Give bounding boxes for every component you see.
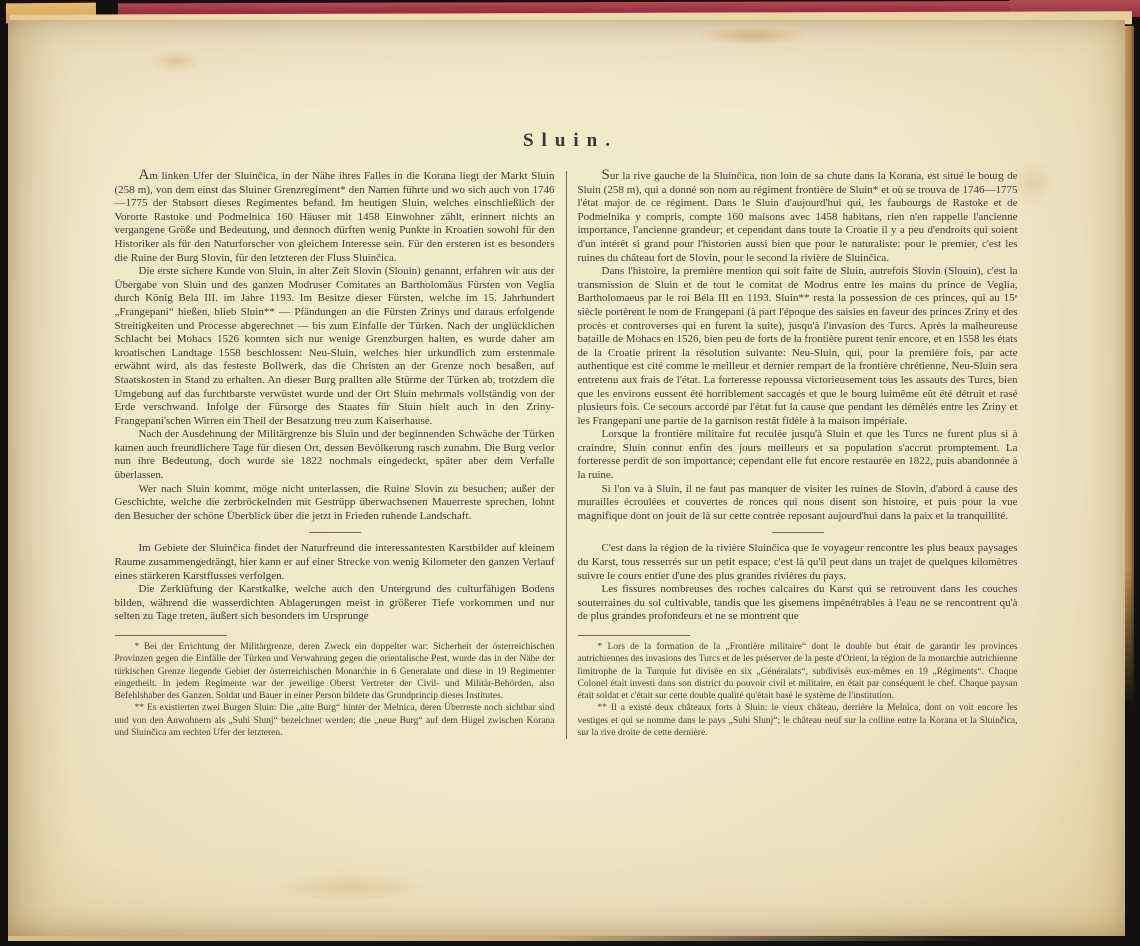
footnote-de-2: ** Es existierten zwei Burgen Sluin: Die… [115, 702, 555, 739]
column-divider-rule [566, 171, 567, 739]
book-page: Sluin. Am linken Ufer der Sluinčica, in … [8, 20, 1125, 936]
page-edge-bottom [8, 936, 988, 941]
paragraph-fr-6: Les fissures nombreuses des roches calca… [578, 583, 1018, 624]
page-edges-right [1124, 26, 1134, 706]
paragraph-fr-3: Lorsque la frontière militaire fut recul… [578, 428, 1018, 482]
footnote-de-1: * Bei der Errichtung der Militärgrenze, … [115, 641, 555, 702]
paragraph-fr-5: C'est dans la région de la rivière Sluin… [578, 542, 1018, 583]
footnote-separator [115, 635, 227, 636]
section-separator [309, 532, 361, 533]
paragraph-fr-1: Sur la rive gauche de la Sluinčica, non … [578, 169, 1018, 265]
paragraph-de-4: Wer nach Sluin kommt, möge nicht unterla… [115, 483, 555, 524]
paper-stain [276, 872, 426, 902]
footnote-fr-1: * Lors de la formation de la „Frontière … [578, 641, 1018, 702]
footnote-fr-2: ** Il a existé deux châteaux forts à Slu… [578, 702, 1018, 739]
book-scan: Sluin. Am linken Ufer der Sluinčica, in … [0, 0, 1140, 946]
paragraph-de-5: Im Gebiete der Sluinčica findet der Natu… [115, 542, 555, 583]
french-column: Sur la rive gauche de la Sluinčica, non … [578, 169, 1018, 739]
paragraph-de-3: Nach der Ausdehnung der Militärgrenze bi… [115, 428, 555, 482]
paragraph-de-2: Die erste sichere Kunde von Sluin, in al… [115, 265, 555, 428]
paragraph-de-6: Die Zerklüftung der Karstkalke, welche a… [115, 583, 555, 624]
page-title: Sluin. [8, 20, 1125, 152]
paragraph-fr-4: Si l'on va à Sluin, il ne faut pas manqu… [578, 483, 1018, 524]
two-column-text: Am linken Ufer der Sluinčica, in der Näh… [115, 169, 1019, 739]
paragraph-fr-2: Dans l'histoire, la première mention qui… [578, 265, 1018, 428]
german-column: Am linken Ufer der Sluinčica, in der Näh… [115, 169, 555, 739]
section-separator [772, 532, 824, 533]
paragraph-de-1: Am linken Ufer der Sluinčica, in der Näh… [115, 169, 555, 265]
footnote-separator [578, 635, 690, 636]
